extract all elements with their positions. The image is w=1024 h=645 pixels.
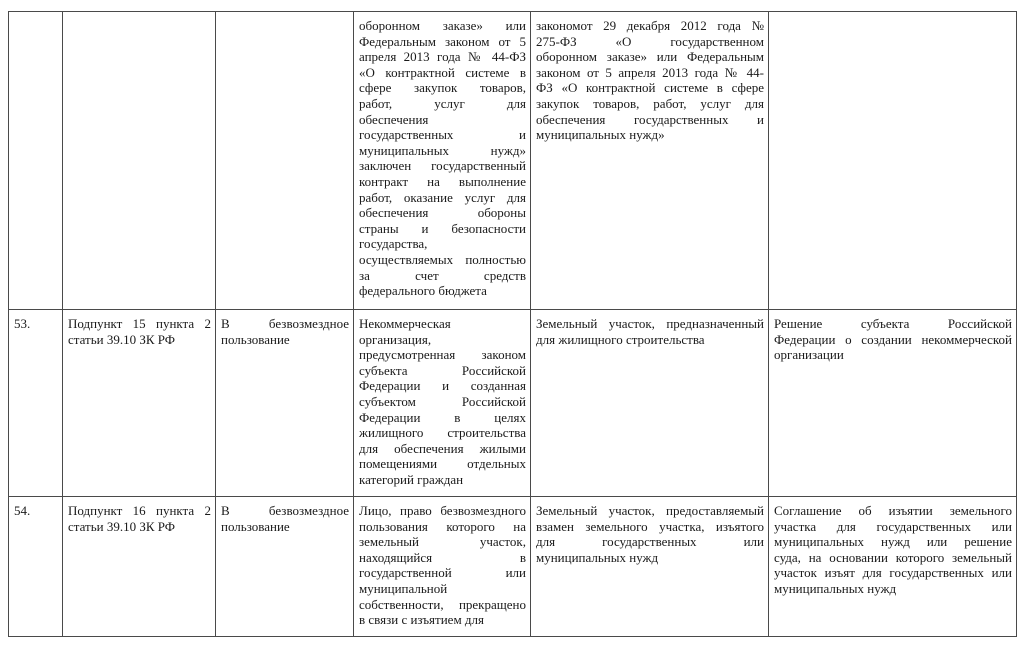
text-line: 275-ФЗ «О государственном: [536, 34, 764, 50]
cell-applicant: оборонном заказе» илиФедеральным законом…: [354, 12, 531, 310]
text-line: Земельный участок, предназначенный: [536, 316, 764, 332]
cell-documents: Решение субъекта РоссийскойФедерации о с…: [769, 310, 1017, 497]
text-line: Федерации и созданная: [359, 378, 526, 394]
text-line: законом от 5 апреля 2013 года № 44-: [536, 65, 764, 81]
text-line: «О контрактной системе в: [359, 65, 526, 81]
table-row: 54. Подпункт 16 пункта 2статьи 39.10 ЗК …: [9, 497, 1017, 637]
table-row-continuation: оборонном заказе» илиФедеральным законом…: [9, 12, 1017, 310]
text-line: федерального бюджета: [359, 283, 526, 299]
text-line: В безвозмездное: [221, 316, 349, 332]
cell-land-plot: Земельный участок, предоставляемыйвзамен…: [531, 497, 769, 637]
text-line: апреля 2013 года № 44-ФЗ: [359, 49, 526, 65]
text-line: организация,: [359, 332, 526, 348]
text-line: муниципальных нужд: [774, 581, 1012, 597]
text-line: предусмотренная законом: [359, 347, 526, 363]
cell-land-plot: закономот 29 декабря 2012 года №275-ФЗ «…: [531, 12, 769, 310]
cell-right-type: В безвозмездноепользование: [216, 497, 354, 637]
land-provision-table: оборонном заказе» илиФедеральным законом…: [8, 11, 1017, 637]
text-line: закупок товаров, работ, услуг для: [536, 96, 764, 112]
text-line: муниципальных нужд: [536, 550, 764, 566]
table-row: 53. Подпункт 15 пункта 2статьи 39.10 ЗК …: [9, 310, 1017, 497]
text-line: муниципальных нужд или решение: [774, 534, 1012, 550]
cell-applicant: Некоммерческаяорганизация,предусмотренна…: [354, 310, 531, 497]
text-line: помещениями отдельных: [359, 456, 526, 472]
text-line: организации: [774, 347, 1012, 363]
text-line: Федеральным законом от 5: [359, 34, 526, 50]
text-line: сфере закупок товаров,: [359, 80, 526, 96]
text-line: собственности, прекращено: [359, 597, 526, 613]
text-line: муниципальных нужд»: [359, 143, 526, 159]
text-line: обеспечения: [359, 112, 526, 128]
text-line: Лицо, право безвозмездного: [359, 503, 526, 519]
text-line: статьи 39.10 ЗК РФ: [68, 519, 211, 535]
text-line: контракт на выполнение: [359, 174, 526, 190]
text-line: Некоммерческая: [359, 316, 526, 332]
text-line: Земельный участок, предоставляемый: [536, 503, 764, 519]
cell-documents: Соглашение об изъятии земельногоучастка …: [769, 497, 1017, 637]
cell-documents: [769, 12, 1017, 310]
cell-number: [9, 12, 63, 310]
text-line: для государственных или: [536, 534, 764, 550]
text-line: статьи 39.10 ЗК РФ: [68, 332, 211, 348]
text-line: оборонном заказе» или Федеральным: [536, 49, 764, 65]
text-line: ФЗ «О контрактной системе в сфере: [536, 80, 764, 96]
text-line: обеспечения государственных и: [536, 112, 764, 128]
text-line: Решение субъекта Российской: [774, 316, 1012, 332]
text-line: работ, услуг для: [359, 96, 526, 112]
text-line: государственной или: [359, 565, 526, 581]
text-line: Соглашение об изъятии земельного: [774, 503, 1012, 519]
text-line: находящийся в: [359, 550, 526, 566]
cell-basis: [63, 12, 216, 310]
text-line: суда, на основании которого земельный: [774, 550, 1012, 566]
text-line: Подпункт 16 пункта 2: [68, 503, 211, 519]
text-line: Федерации о создании некоммерческой: [774, 332, 1012, 348]
cell-number: 53.: [9, 310, 63, 497]
text-line: В безвозмездное: [221, 503, 349, 519]
text-line: заключен государственный: [359, 158, 526, 174]
text-line: обеспечения обороны: [359, 205, 526, 221]
text-line: закономот 29 декабря 2012 года №: [536, 18, 764, 34]
text-line: страны и безопасности: [359, 221, 526, 237]
text-line: оборонном заказе» или: [359, 18, 526, 34]
cell-applicant: Лицо, право безвозмездногопользования ко…: [354, 497, 531, 637]
text-line: государственных и: [359, 127, 526, 143]
text-line: в связи с изъятием для: [359, 612, 526, 628]
cell-basis: Подпункт 15 пункта 2статьи 39.10 ЗК РФ: [63, 310, 216, 497]
text-line: субъектом Российской: [359, 394, 526, 410]
text-line: муниципальных нужд»: [536, 127, 764, 143]
text-line: работ, оказание услуг для: [359, 190, 526, 206]
text-line: муниципальной: [359, 581, 526, 597]
text-line: субъекта Российской: [359, 363, 526, 379]
cell-number: 54.: [9, 497, 63, 637]
text-line: взамен земельного участка, изъятого: [536, 519, 764, 535]
text-line: для жилищного строительства: [536, 332, 764, 348]
text-line: пользование: [221, 519, 349, 535]
cell-land-plot: Земельный участок, предназначенныйдля жи…: [531, 310, 769, 497]
text-line: осуществляемых полностью: [359, 252, 526, 268]
text-line: Подпункт 15 пункта 2: [68, 316, 211, 332]
cell-basis: Подпункт 16 пункта 2статьи 39.10 ЗК РФ: [63, 497, 216, 637]
text-line: государства,: [359, 236, 526, 252]
text-line: жилищного строительства: [359, 425, 526, 441]
text-line: пользование: [221, 332, 349, 348]
text-line: земельный участок,: [359, 534, 526, 550]
text-line: за счет средств: [359, 268, 526, 284]
text-line: Федерации в целях: [359, 410, 526, 426]
text-line: участка для государственных или: [774, 519, 1012, 535]
text-line: участок изъят для государственных или: [774, 565, 1012, 581]
text-line: категорий граждан: [359, 472, 526, 488]
cell-right-type: В безвозмездноепользование: [216, 310, 354, 497]
text-line: пользования которого на: [359, 519, 526, 535]
cell-right-type: [216, 12, 354, 310]
text-line: для обеспечения жилыми: [359, 441, 526, 457]
